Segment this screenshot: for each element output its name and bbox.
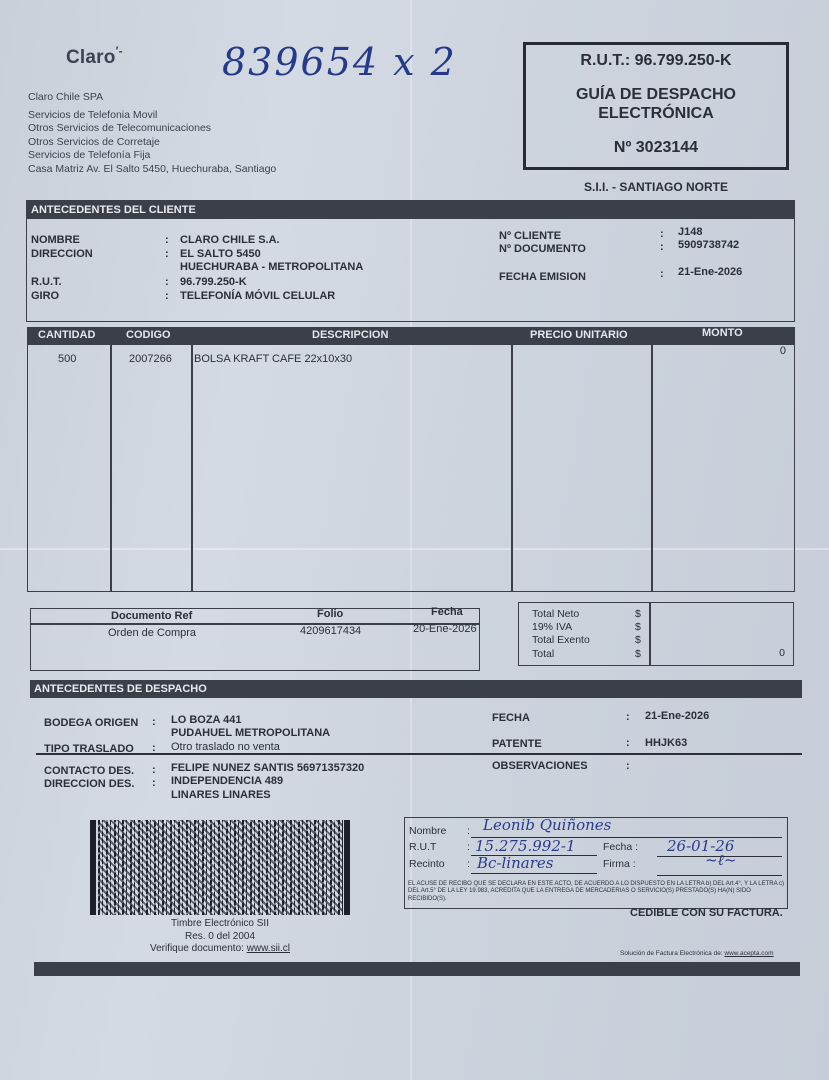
field-label: NOMBRE [31, 234, 80, 247]
barcode-pattern [98, 820, 342, 915]
verify-line: Verifique documento: www.sii.cl [130, 943, 310, 956]
acepta-link[interactable]: www.acepta.com [724, 950, 773, 957]
logo-text: Claro [66, 47, 116, 68]
cell-descripcion: BOLSA KRAFT CAFE 22x10x30 [194, 353, 352, 365]
document-number: Nº 3023144 [526, 139, 786, 157]
totals-box: Total Neto$ 19% IVA$ Total Exento$ Total… [518, 602, 794, 666]
field-label: CONTACTO DES. [44, 765, 134, 778]
field-label: PATENTE [492, 738, 542, 751]
title-line: ELECTRÓNICA [526, 104, 786, 123]
cell-codigo: 2007266 [129, 353, 172, 365]
timbre-line: Timbre Electrónico SII [130, 918, 310, 931]
company-info: Claro Chile SPA Servicios de Telefonia M… [28, 91, 276, 177]
cell-folio: 4209617434 [300, 625, 361, 637]
total-value: 0 [779, 647, 785, 659]
colon: : [152, 777, 156, 790]
timbre-electronico: Timbre Electrónico SII Res. 0 del 2004 V… [130, 918, 310, 956]
recinto-handwritten: Bc-linares [477, 854, 553, 872]
rut-label: R.U.T [409, 841, 436, 853]
column-header: Fecha [431, 606, 463, 618]
field-value: EL SALTO 5450 [180, 248, 261, 261]
receipt-acknowledgment-box: Nombre : Leonib Quiñones R.U.T : 15.275.… [404, 817, 788, 909]
signature-line [657, 875, 782, 876]
colon: : [152, 764, 156, 777]
currency: $ [635, 634, 641, 646]
colon: : [152, 716, 156, 729]
column-divider [651, 345, 653, 591]
field-value: LINARES LINARES [171, 789, 271, 802]
divider [31, 623, 479, 625]
field-value: PUDAHUEL METROPOLITANA [171, 727, 330, 740]
footer-bar [34, 962, 800, 976]
field-value: 5909738742 [678, 239, 739, 252]
cedible-label: CEDIBLE CON SU FACTURA. [630, 907, 783, 919]
provider-credit: Solución de Factura Electrónica de: www.… [620, 950, 774, 957]
total-row: 19% IVA$ [532, 621, 642, 633]
provider-prefix: Solución de Factura Electrónica de: [620, 950, 724, 957]
colon: : [165, 248, 169, 261]
field-value: INDEPENDENCIA 489 [171, 775, 283, 788]
nombre-label: Nombre [409, 825, 446, 837]
field-label: OBSERVACIONES [492, 760, 588, 773]
legal-notice: EL ACUSE DE RECIBO QUE SE DECLARA EN EST… [408, 881, 786, 903]
column-divider [511, 345, 513, 591]
colon: : [165, 290, 169, 303]
divider [36, 753, 802, 755]
company-line: Servicios de Telefonía Fija [28, 149, 276, 163]
recinto-label: Recinto [409, 858, 445, 870]
total-label: Total Exento [532, 634, 590, 646]
cell-monto: 0 [780, 345, 786, 357]
column-header: Folio [317, 608, 343, 620]
field-label: BODEGA ORIGEN [44, 717, 138, 730]
client-section-title: ANTECEDENTES DEL CLIENTE [27, 201, 794, 219]
field-label: FECHA EMISION [499, 271, 586, 284]
field-value: FELIPE NUNEZ SANTIS 56971357320 [171, 762, 364, 775]
field-label: Nº DOCUMENTO [499, 243, 586, 256]
company-line: Servicios de Telefonia Movil [28, 109, 276, 123]
total-row: Total$ [532, 648, 642, 660]
field-label: R.U.T. [31, 276, 62, 289]
colon: : [660, 241, 664, 254]
client-section: ANTECEDENTES DEL CLIENTE NOMBRE : CLARO … [26, 200, 795, 322]
timbre-line: Res. 0 del 2004 [130, 931, 310, 944]
column-header: Documento Ref [111, 610, 192, 622]
company-line: Otros Servicios de Corretaje [28, 136, 276, 150]
field-value: CLARO CHILE S.A. [180, 234, 280, 247]
column-divider [191, 345, 193, 591]
rut-handwritten: 15.275.992-1 [475, 837, 576, 855]
colon: : [626, 737, 630, 750]
verify-prefix: Verifique documento: [150, 943, 247, 954]
claro-logo: Claro′- [66, 47, 123, 69]
total-row: Total Exento$ [532, 634, 642, 646]
field-value: HUECHURABA - METROPOLITANA [180, 261, 363, 274]
total-label: Total [532, 648, 554, 660]
sii-link[interactable]: www.sii.cl [247, 943, 290, 954]
currency: $ [635, 648, 641, 660]
company-name: Claro Chile SPA [28, 91, 276, 105]
document-id-box: R.U.T.: 96.799.250-K GUÍA DE DESPACHO EL… [523, 42, 789, 170]
cell-documento: Orden de Compra [108, 627, 196, 639]
column-header: CANTIDAD [38, 329, 95, 341]
document-page: Claro′- 839654 x 2 Claro Chile SPA Servi… [0, 0, 829, 1080]
colon: : [660, 268, 664, 281]
reference-table: Documento Ref Folio Fecha Orden de Compr… [30, 608, 480, 671]
total-label: Total Neto [532, 608, 579, 620]
column-header: CODIGO [126, 329, 171, 341]
dispatch-section: ANTECEDENTES DE DESPACHO BODEGA ORIGEN :… [30, 680, 802, 810]
company-line: Otros Servicios de Telecomunicaciones [28, 122, 276, 136]
field-value: TELEFONÍA MÓVIL CELULAR [180, 290, 335, 303]
column-divider [110, 345, 112, 591]
field-value: LO BOZA 441 [171, 714, 242, 727]
firma-label: Firma : [603, 858, 636, 870]
dispatch-section-title: ANTECEDENTES DE DESPACHO [30, 680, 802, 698]
currency: $ [635, 608, 641, 620]
logo-rays-icon: ′- [116, 44, 123, 58]
field-value: HHJK63 [645, 737, 687, 750]
signature-mark: ~ℓ~ [705, 851, 736, 870]
currency: $ [635, 621, 641, 633]
issuer-rut: R.U.T.: 96.799.250-K [526, 52, 786, 70]
cell-fecha: 20-Ene-2026 [413, 623, 477, 635]
field-value: 21-Ene-2026 [645, 710, 709, 723]
colon: : [626, 711, 630, 724]
column-header: DESCRIPCION [312, 329, 388, 341]
colon: : [467, 858, 470, 870]
sii-office: S.I.I. - SANTIAGO NORTE [523, 180, 789, 194]
total-label: 19% IVA [532, 621, 572, 633]
colon: : [467, 841, 470, 853]
field-value: 96.799.250-K [180, 276, 247, 289]
pdf417-barcode [90, 820, 350, 915]
colon: : [660, 228, 664, 241]
field-label: DIRECCION [31, 248, 93, 261]
document-title: GUÍA DE DESPACHO ELECTRÓNICA [526, 85, 786, 123]
divider [649, 603, 651, 665]
colon: : [626, 760, 630, 773]
column-header: MONTO [702, 327, 743, 339]
field-label: Nº CLIENTE [499, 230, 561, 243]
colon: : [467, 825, 470, 837]
field-label: DIRECCION DES. [44, 778, 134, 791]
signature-line [471, 873, 597, 874]
field-label: FECHA [492, 712, 530, 725]
barcode-edge [90, 820, 96, 915]
handwritten-note: 839654 x 2 [222, 40, 457, 84]
total-row: Total Neto$ [532, 608, 642, 620]
cell-cantidad: 500 [58, 353, 76, 365]
items-table-header: CANTIDAD CODIGO DESCRIPCION PRECIO UNITA… [28, 327, 794, 345]
items-table: CANTIDAD CODIGO DESCRIPCION PRECIO UNITA… [27, 327, 795, 592]
nombre-handwritten: Leonib Quiñones [483, 816, 611, 834]
title-line: GUÍA DE DESPACHO [526, 85, 786, 104]
fecha-label: Fecha : [603, 841, 638, 853]
field-value: J148 [678, 226, 702, 239]
colon: : [165, 276, 169, 289]
column-header: PRECIO UNITARIO [530, 329, 628, 341]
barcode-edge [344, 820, 350, 915]
colon: : [165, 234, 169, 247]
field-value: 21-Ene-2026 [678, 266, 742, 279]
company-line: Casa Matriz Av. El Salto 5450, Huechurab… [28, 163, 276, 177]
field-label: GIRO [31, 290, 59, 303]
